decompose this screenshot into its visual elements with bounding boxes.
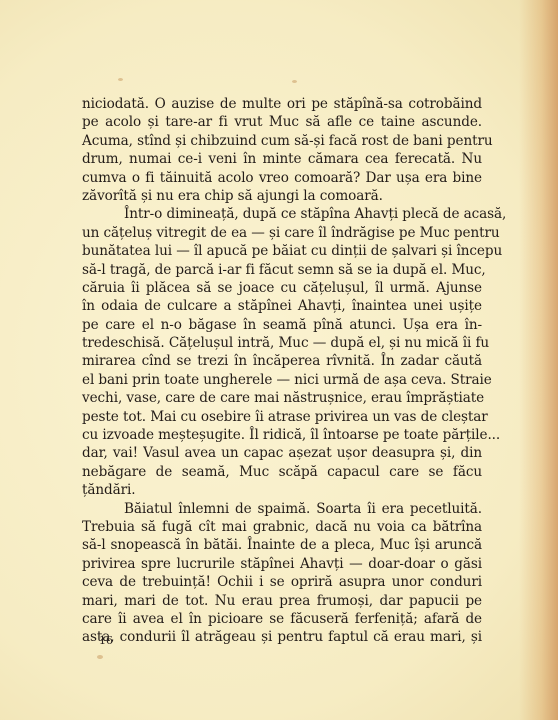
text-line: cu izvoade meșteșugite. Îl ridică, îl în… bbox=[82, 426, 482, 444]
text-line: țăndări. bbox=[82, 481, 482, 499]
text-line: dar, vai! Vasul avea un capac așezat ușo… bbox=[82, 444, 482, 462]
text-line: să-l snopească în bătăi. Înainte de a pl… bbox=[82, 536, 482, 554]
paper-spot bbox=[97, 655, 103, 659]
text-line: Băiatul înlemni de spaimă. Soarta îi era… bbox=[82, 500, 482, 518]
page-number: 16 bbox=[99, 634, 113, 647]
text-line: zăvorîtă și nu era chip să ajungi la com… bbox=[82, 187, 482, 205]
text-line: asta, condurii îl atrăgeau și pentru fap… bbox=[82, 628, 482, 646]
paper-spot bbox=[118, 78, 123, 81]
text-line: mirarea cînd se trezi în încăperea rîvni… bbox=[82, 352, 482, 370]
text-line: să-l tragă, de parcă i-ar fi făcut semn … bbox=[82, 261, 482, 279]
text-line: ceva de trebuință! Ochii i se opriră asu… bbox=[82, 573, 482, 591]
text-line: el bani prin toate ungherele — nici urmă… bbox=[82, 371, 482, 389]
text-line: Trebuia să fugă cît mai grabnic, dacă nu… bbox=[82, 518, 482, 536]
text-line: bunătatea lui — îl apucă pe băiat cu din… bbox=[82, 242, 482, 260]
text-line: nebăgare de seamă, Muc scăpă capacul car… bbox=[82, 463, 482, 481]
paper-spot bbox=[292, 80, 297, 83]
text-line: vechi, vase, care de care mai năstrușnic… bbox=[82, 389, 482, 407]
text-line: cumva o fi tăinuită acolo vreo comoară? … bbox=[82, 169, 482, 187]
text-line: niciodată. O auzise de multe ori pe stăp… bbox=[82, 95, 482, 113]
text-line: pe care el n-o băgase în seamă pînă atun… bbox=[82, 316, 482, 334]
body-text: niciodată. O auzise de multe ori pe stăp… bbox=[82, 95, 482, 647]
text-line: Într-o dimineață, după ce stăpîna Ahavți… bbox=[82, 205, 482, 223]
text-line: mari, mari de tot. Nu erau prea frumoși,… bbox=[82, 592, 482, 610]
text-line: Acuma, stînd și chibzuind cum să-și facă… bbox=[82, 132, 482, 150]
text-line: peste tot. Mai cu osebire îi atrase priv… bbox=[82, 408, 482, 426]
book-page: niciodată. O auzise de multe ori pe stăp… bbox=[0, 0, 558, 720]
text-line: drum, numai ce-i veni în minte cămara ce… bbox=[82, 150, 482, 168]
text-line: tredeschisă. Cățelușul intră, Muc — după… bbox=[82, 334, 482, 352]
text-line: un cățeluș vitregit de ea — și care îl î… bbox=[82, 224, 482, 242]
text-line: pe acolo și tare-ar fi vrut Muc să afle … bbox=[82, 113, 482, 131]
text-line: în odaia de culcare a stăpînei Ahavți, î… bbox=[82, 297, 482, 315]
text-line: privirea spre lucrurile stăpînei Ahavți … bbox=[82, 555, 482, 573]
text-line: căruia îi plăcea să se joace cu cățelușu… bbox=[82, 279, 482, 297]
text-line: care îi avea el în picioare se făcuseră … bbox=[82, 610, 482, 628]
